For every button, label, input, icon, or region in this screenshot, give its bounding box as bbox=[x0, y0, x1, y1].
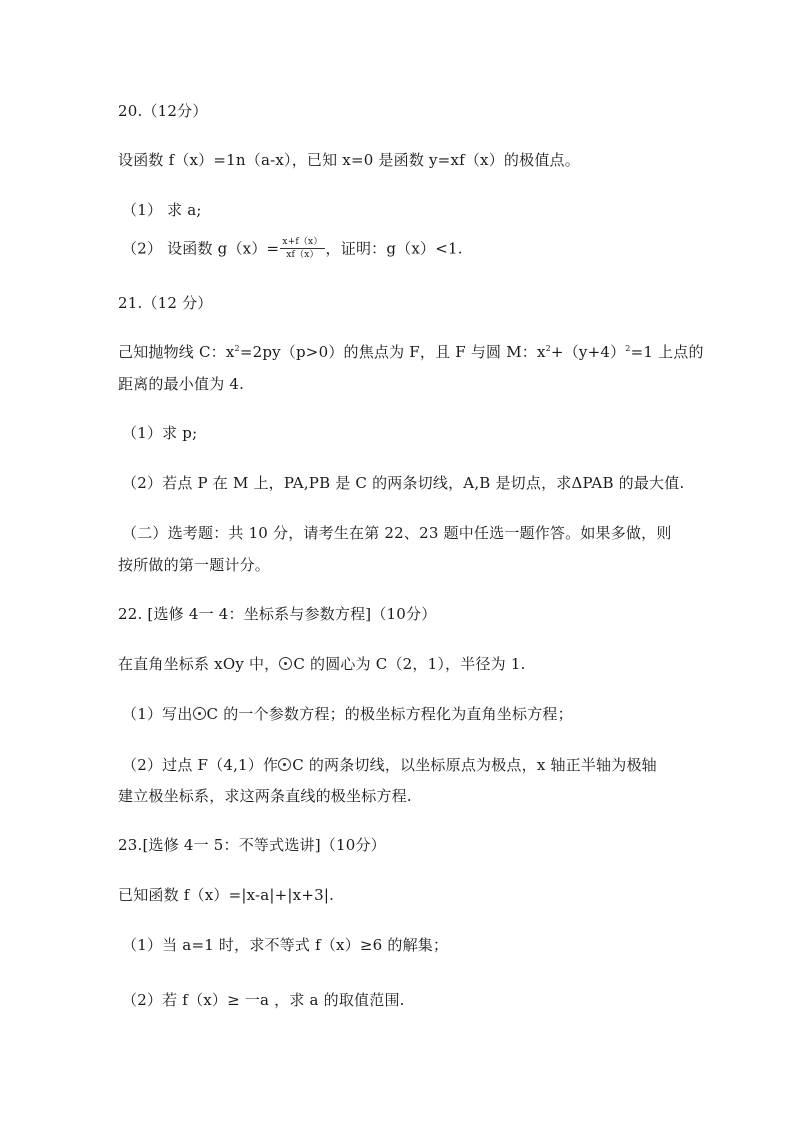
q22-part2-line1: （2）过点 F（4,1）作C 的两条切线，以坐标原点为极点，x 轴正半轴为极轴 bbox=[122, 755, 657, 775]
q21-stem-line2: 距离的最小值为 4. bbox=[118, 374, 244, 394]
elective-intro-line2: 按所做的第一题计分。 bbox=[118, 555, 270, 575]
fraction-numerator: x+f（x） bbox=[280, 237, 324, 249]
q22-stem: 在直角坐标系 xOy 中，C 的圆心为 C（2，1），半径为 1. bbox=[118, 654, 526, 674]
fraction: x+f（x）xf（x） bbox=[280, 237, 324, 260]
text-segment: +（y+4） bbox=[551, 343, 625, 361]
q20-part2-suffix: ，证明：g（x）<1. bbox=[326, 240, 463, 258]
text-segment: （2）过点 F（4,1）作 bbox=[122, 756, 278, 774]
q21-stem-line1: 己知抛物线 C：x2=2py（p>0）的焦点为 F，且 F 与圆 M：x2+（y… bbox=[118, 342, 704, 362]
fraction-denominator: xf（x） bbox=[280, 249, 324, 260]
text-segment: =2py（p>0）的焦点为 F，且 F 与圆 M：x bbox=[240, 343, 546, 361]
text-segment: （1）写出 bbox=[122, 705, 193, 723]
text-segment: C 的两条切线，以坐标原点为极点，x 轴正半轴为极轴 bbox=[292, 756, 657, 774]
text-segment: 己知抛物线 C：x bbox=[118, 343, 235, 361]
q21-part2: （2）若点 P 在 M 上，PA,PB 是 C 的两条切线，A,B 是切点，求Δ… bbox=[122, 473, 684, 493]
q20-part2-prefix: （2） 设函数 g（x）= bbox=[122, 240, 279, 258]
q23-part1: （1）当 a=1 时，求不等式 f（x）≥6 的解集； bbox=[122, 935, 448, 955]
q22-header: 22. [选修 4一 4：坐标系与参数方程]（10分） bbox=[118, 604, 436, 624]
text-segment: C 的圆心为 C（2，1），半径为 1. bbox=[293, 655, 525, 673]
q20-part1: （1） 求 a; bbox=[122, 200, 202, 220]
q23-part2: （2）若 f（x）≥ 一a ，求 a 的取值范围. bbox=[122, 990, 405, 1010]
text-segment: 在直角坐标系 xOy 中， bbox=[118, 655, 279, 673]
q20-part2: （2） 设函数 g（x）=x+f（x）xf（x），证明：g（x）<1. bbox=[122, 238, 463, 261]
circle-dot-icon bbox=[279, 657, 292, 670]
q20-header: 20.（12分） bbox=[118, 101, 208, 121]
q22-part2-line2: 建立极坐标系，求这两条直线的极坐标方程. bbox=[118, 786, 412, 806]
q21-part1: （1）求 p; bbox=[122, 423, 197, 443]
q23-stem: 已知函数 f（x）=|x-a|+|x+3|. bbox=[118, 885, 334, 905]
q22-part1: （1）写出C 的一个参数方程；的极坐标方程化为直角坐标方程； bbox=[122, 704, 573, 724]
text-segment: =1 上点的 bbox=[631, 343, 704, 361]
q23-header: 23.[选修 4一 5：不等式选讲]（10分） bbox=[118, 835, 386, 855]
q21-header: 21.（12 分） bbox=[118, 293, 213, 313]
elective-intro-line1: （二）选考题：共 10 分，请考生在第 22、23 题中任选一题作答。如果多做，… bbox=[122, 523, 672, 543]
text-segment: C 的一个参数方程；的极坐标方程化为直角坐标方程； bbox=[207, 705, 573, 723]
circle-dot-icon bbox=[193, 707, 206, 720]
q20-stem: 设函数 f（x）=1n（a-x），已知 x=0 是函数 y=xf（x）的极值点。 bbox=[118, 150, 580, 170]
circle-dot-icon bbox=[278, 758, 291, 771]
